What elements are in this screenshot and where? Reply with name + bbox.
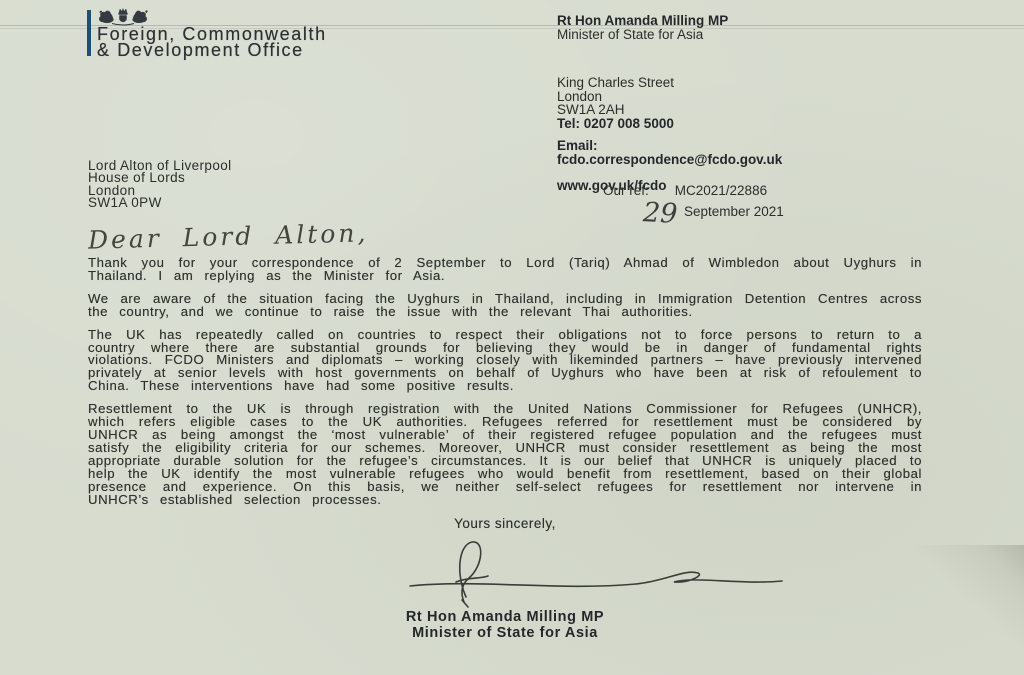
sender-contact-block: Rt Hon Amanda Milling MP Minister of Sta… [557,15,957,194]
date-day-handwritten: 29 [642,197,678,230]
signatory-name: Rt Hon Amanda Milling MP [88,609,922,625]
sender-title: Minister of State for Asia [557,29,957,42]
sender-telephone: Tel: 0207 008 5000 [557,118,957,131]
letterhead-accent-bar [87,10,91,56]
sender-name: Rt Hon Amanda Milling MP [557,15,957,28]
recipient-address-line: SW1A 0PW [88,197,232,209]
page-corner-fold-shadow [904,545,1024,675]
reference-row: Our ref:MC2021/22886 [603,183,767,198]
body-paragraph: Thank you for your correspondence of 2 S… [88,257,922,283]
reference-value: MC2021/22886 [675,183,767,198]
sender-address-line: King Charles Street [557,77,957,90]
date-month-year: September 2021 [684,204,784,219]
letter-body: Thank you for your correspondence of 2 S… [88,257,922,641]
letterhead-department-name: Foreign, Commonwealth & Development Offi… [97,26,517,58]
body-paragraph: The UK has repeatedly called on countrie… [88,329,922,394]
reference-label: Our ref: [603,183,649,198]
salutation-handwritten: Dear Lord Alton, [88,218,369,254]
body-paragraph: We are aware of the situation facing the… [88,293,922,319]
recipient-address-block: Lord Alton of Liverpool House of Lords L… [88,160,232,209]
email-label: Email: [557,140,957,153]
body-paragraph: Resettlement to the UK is through regist… [88,403,922,506]
sender-address-line: SW1A 2AH [557,104,957,117]
signature-area [88,533,922,609]
email-address: fcdo.correspondence@fcdo.gov.uk [557,154,957,167]
letter-page: Foreign, Commonwealth & Development Offi… [0,0,1024,675]
signatory-block: Rt Hon Amanda Milling MP Minister of Sta… [88,609,922,641]
valediction: Yours sincerely, [88,516,922,531]
department-name-line2: & Development Office [97,42,517,58]
handwritten-signature-icon [388,533,868,609]
signatory-title: Minister of State for Asia [88,625,922,641]
